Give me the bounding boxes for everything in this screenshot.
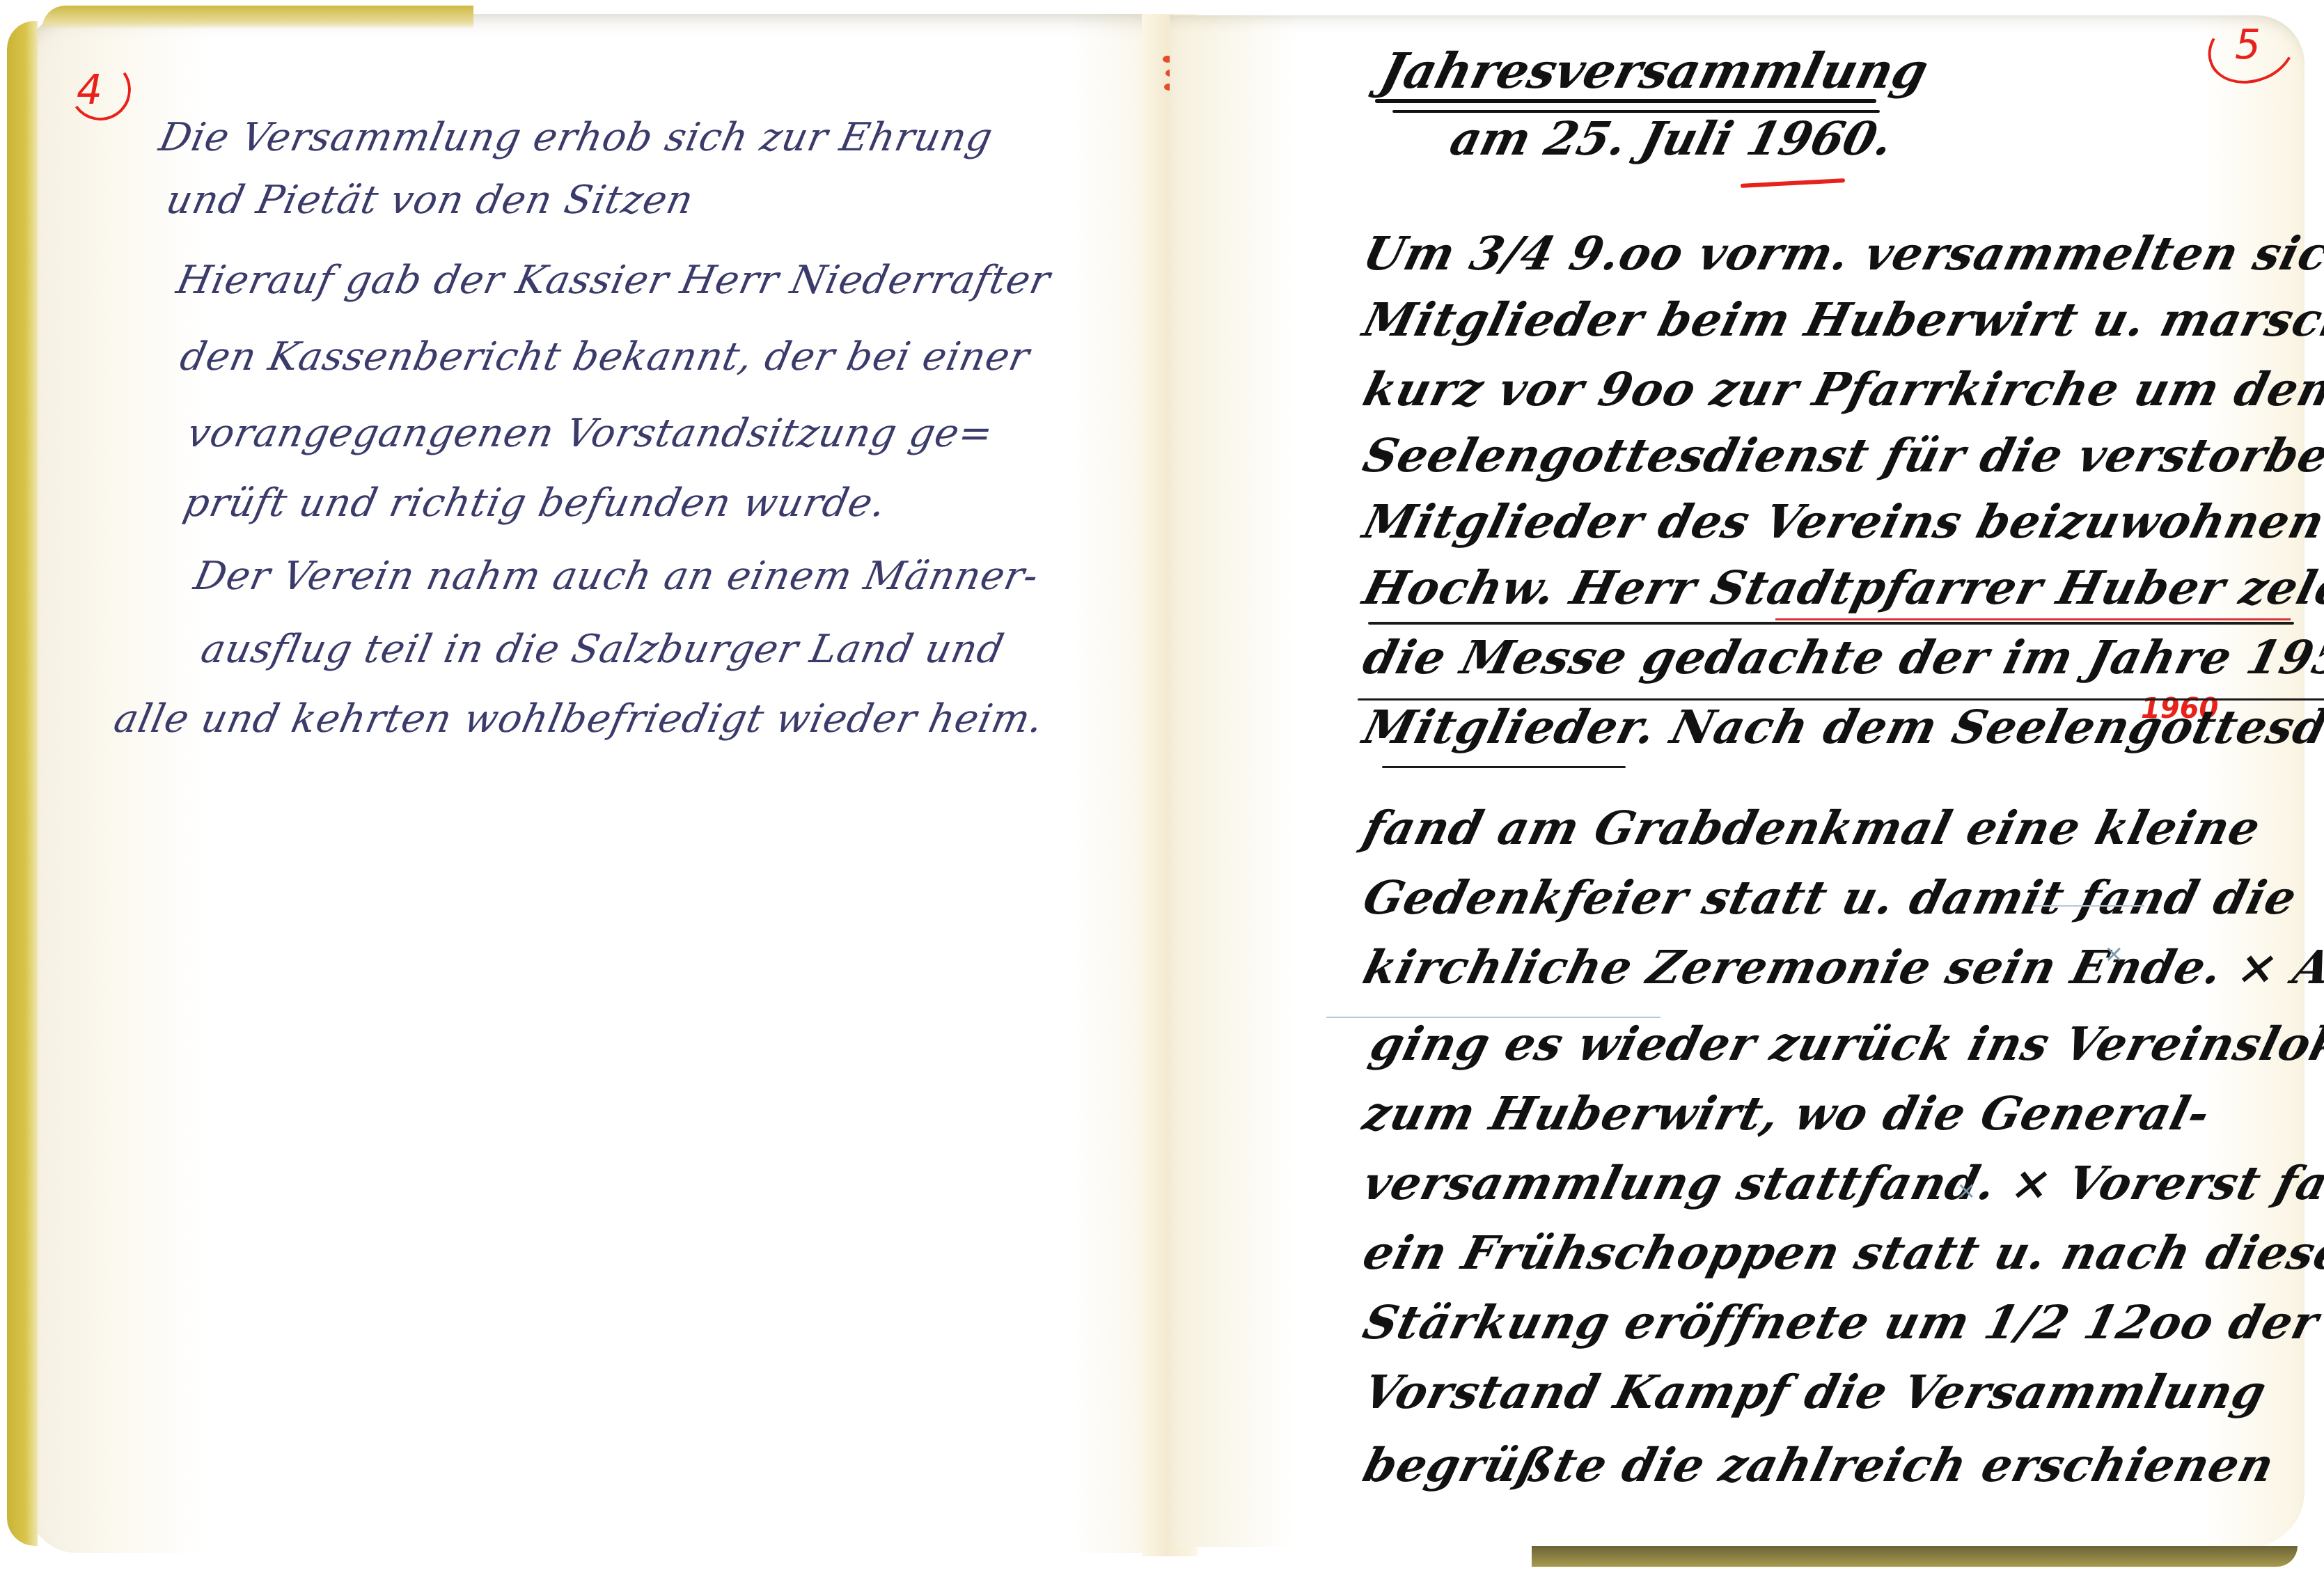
- underline-rule: [1368, 622, 2294, 625]
- right-line-15: ein Frühschoppen statt u. nach dieser: [1358, 1226, 2324, 1280]
- right-line-16: Stärkung eröffnete um 1/2 12oo der: [1358, 1295, 2324, 1349]
- left-line-3: Hierauf gab der Kassier Herr Niederrafte…: [173, 258, 1055, 303]
- right-line-7: die Messe gedachte der im Jahre 1959 ver…: [1358, 630, 2324, 684]
- page-number-left: 4: [77, 66, 102, 114]
- left-line-7: Der Verein nahm auch an einem Männer-: [190, 554, 1043, 599]
- right-line-6: Hochw. Herr Stadtpfarrer Huber zelebrier…: [1358, 561, 2324, 615]
- page-title: Jahresversammlung: [1375, 42, 1934, 100]
- left-line-6: prüft und richtig befunden wurde.: [180, 480, 890, 526]
- right-line-10: Gedenkfeier statt u. damit fand die: [1358, 870, 2302, 925]
- left-line-5: vorangegangenen Vorstandsitzung ge=: [183, 411, 997, 456]
- right-line-14: versammlung stattfand. × Vorerst fand: [1358, 1156, 2324, 1210]
- pencil-line: [2033, 905, 2144, 907]
- left-page: [28, 14, 1170, 1553]
- notebook-spread: 4 Die Versammlung erhob sich zur Ehrung …: [0, 0, 2324, 1573]
- page-number-right: 5: [2235, 21, 2261, 68]
- left-line-8: ausflug teil in die Salzburger Land und: [197, 627, 1008, 672]
- right-line-8: Mitglieder. Nach dem Seelengottesdienste: [1358, 700, 2324, 754]
- date-line: am 25. Juli 1960.: [1445, 111, 1899, 166]
- right-line-1: Um 3/4 9.oo vorm. versammelten sich die: [1358, 226, 2324, 281]
- right-line-5: Mitglieder des Vereins beizuwohnen.: [1358, 494, 2324, 549]
- insertion-mark-icon: ×: [1956, 1177, 1977, 1205]
- title-underline: [1375, 99, 1876, 103]
- left-line-2: und Pietät von den Sitzen: [162, 178, 698, 223]
- left-line-9: alle und kehrten wohlbefriedigt wieder h…: [110, 696, 1048, 742]
- right-line-13: zum Huberwirt, wo die General-: [1358, 1086, 2215, 1141]
- underline-rule: [1382, 766, 1626, 768]
- red-underline-rule: [1775, 618, 2291, 620]
- right-line-12: ging es wieder zurück ins Vereinslokal: [1365, 1017, 2324, 1071]
- right-line-3: kurz vor 9oo zur Pfarrkirche um dem: [1358, 362, 2324, 416]
- left-line-4: den Kassenbericht bekannt, der bei einer: [176, 334, 1034, 379]
- insertion-mark-icon: ×: [2104, 940, 2124, 968]
- right-line-17: Vorstand Kampf die Versammlung: [1358, 1365, 2272, 1419]
- left-line-1: Die Versammlung erhob sich zur Ehrung: [155, 115, 997, 160]
- right-line-11: kirchliche Zeremonie sein Ende. × Anschl…: [1358, 940, 2324, 994]
- right-line-2: Mitglieder beim Huberwirt u. marschierte…: [1358, 292, 2324, 347]
- right-line-18: begrüßte die zahlreich erschienen: [1358, 1438, 2280, 1492]
- right-line-4: Seelengottesdienst für die verstorbenen: [1358, 428, 2324, 483]
- page-bottom-edge: [1532, 1546, 2298, 1567]
- right-line-9: fand am Grabdenkmal eine kleine: [1358, 801, 2266, 855]
